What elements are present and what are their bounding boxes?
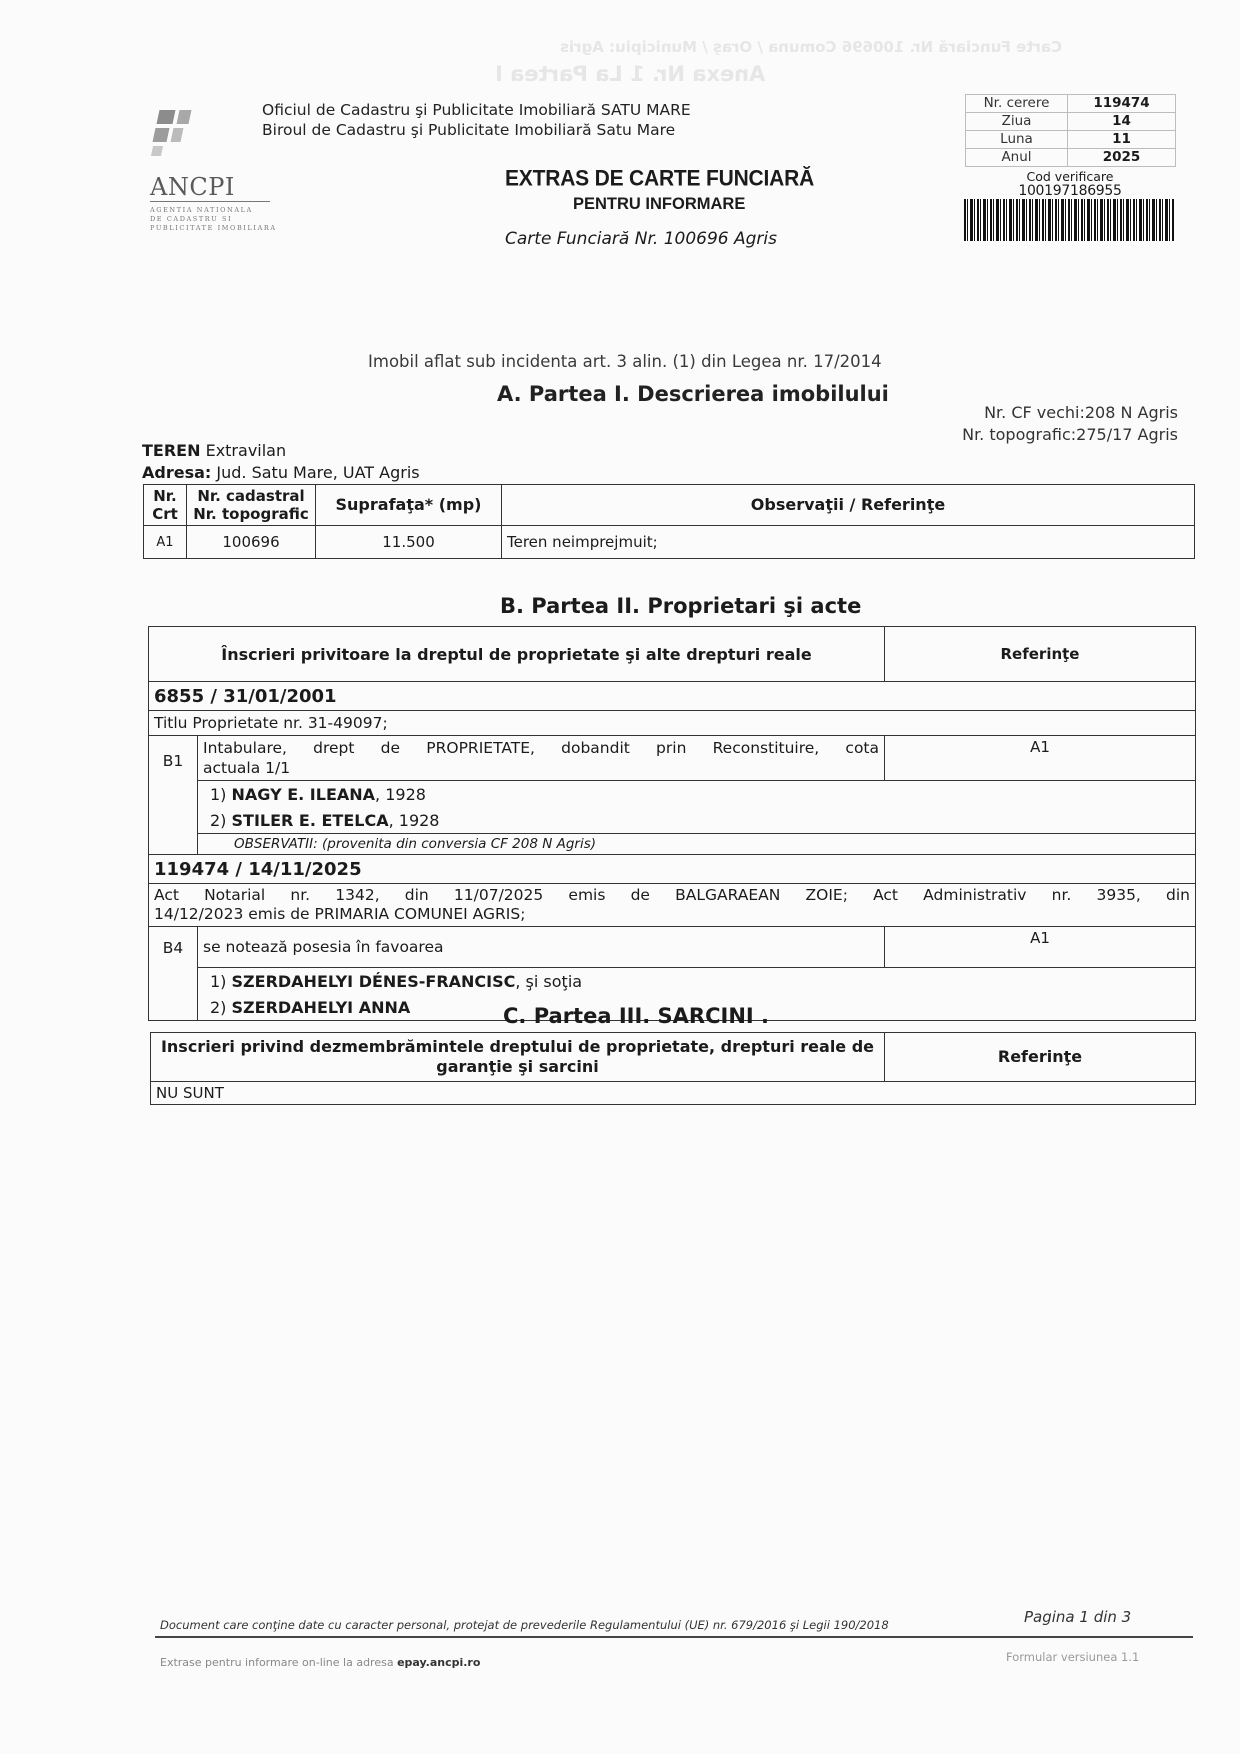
request-row: Anul2025 (966, 149, 1176, 167)
logo-wordmark: ANCPI (150, 173, 270, 202)
owner-extra: , 1928 (375, 785, 426, 804)
encumbrances-table: Inscrieri privind dezmembrămintele drept… (150, 1032, 1196, 1105)
table-header-row: Inscrieri privind dezmembrămintele drept… (151, 1033, 1196, 1082)
col-cadastral: Nr. cadastral Nr. topografic (187, 485, 316, 526)
entry-observatii: OBSERVATII: (provenita din conversia CF … (198, 834, 1196, 855)
col-observatii: Observaţii / Referinţe (502, 485, 1195, 526)
owner-extra: , şi soţia (515, 972, 582, 991)
cell-suprafata: 11.500 (316, 526, 502, 559)
verification-block: Cod verificare 100197186955 (965, 170, 1175, 198)
col-referinte: Referinţe (885, 1033, 1196, 1082)
encumbrances-value: NU SUNT (151, 1082, 1196, 1105)
office-block: Oficiul de Cadastru şi Publicitate Imobi… (262, 100, 691, 140)
owner-index: 1) (210, 785, 226, 804)
owner-name: NAGY E. ILEANA (232, 785, 376, 804)
request-row: Luna11 (966, 131, 1176, 149)
request-value: 2025 (1068, 149, 1176, 167)
office-name: Oficiul de Cadastru şi Publicitate Imobi… (262, 100, 691, 120)
cell-nr: A1 (144, 526, 187, 559)
col-nr-crt: Nr. Crt (144, 485, 187, 526)
entry-act: Titlu Proprietate nr. 31-49097; (149, 711, 1196, 736)
col-inscrieri: Inscrieri privind dezmembrămintele drept… (151, 1033, 885, 1082)
entry-act: Act Notarial nr. 1342, din 11/07/2025 em… (149, 884, 1196, 927)
owner-name: SZERDAHELYI DÉNES-FRANCISC (232, 972, 516, 991)
entry-act-line: 14/12/2023 emis de PRIMARIA COMUNEI AGRI… (154, 905, 1190, 924)
table-row: NU SUNT (151, 1082, 1196, 1105)
part-a-title: A. Partea I. Descrierea imobilului (497, 382, 889, 406)
entry-code: B1 (149, 736, 198, 855)
bleed-through-text: Carte Funciară Nr. 100696 Comuna / Oraş … (560, 38, 1062, 56)
land-table: Nr. Crt Nr. cadastral Nr. topografic Sup… (143, 484, 1195, 559)
logo-subtitle-3: PUBLICITATE IMOBILIARA (150, 224, 277, 232)
part-c-title: C. Partea III. SARCINI . (503, 1004, 769, 1028)
table-header-row: Înscrieri privitoare la dreptul de propr… (149, 627, 1196, 682)
owner-name: STILER E. ETELCA (232, 811, 389, 830)
topografic-number: Nr. topografic:275/17 Agris (962, 424, 1178, 446)
request-value: 14 (1068, 113, 1176, 131)
col-referinte: Referinţe (885, 627, 1196, 682)
request-value: 11 (1068, 131, 1176, 149)
request-label: Anul (966, 149, 1068, 167)
request-label: Luna (966, 131, 1068, 149)
owner-index: 2) (210, 811, 226, 830)
entry-text: se notează posesia în favoarea (198, 927, 885, 968)
address-value: Jud. Satu Mare, UAT Agris (216, 463, 419, 482)
owner-item: 2) STILER E. ETELCA, 1928 (198, 807, 1196, 834)
logo-subtitle-2: DE CADASTRU SI (150, 215, 232, 223)
law-note: Imobil aflat sub incidenta art. 3 alin. … (368, 352, 882, 371)
entry-code: B4 (149, 927, 198, 1021)
entry-date: 6855 / 31/01/2001 (149, 682, 1196, 711)
verification-label: Cod verificare (965, 170, 1175, 184)
document-subtitle: PENTRU INFORMARE (573, 195, 745, 214)
form-version: Formular versiunea 1.1 (1006, 1650, 1139, 1664)
request-row: Ziua14 (966, 113, 1176, 131)
request-value: 119474 (1068, 95, 1176, 113)
owner-extra: , 1928 (389, 811, 440, 830)
barcode-icon (964, 199, 1174, 241)
document-title: EXTRAS DE CARTE FUNCIARĂ (505, 166, 814, 191)
old-cf-number: Nr. CF vechi:208 N Agris (962, 402, 1178, 424)
request-info-table: Nr. cerere119474 Ziua14 Luna11 Anul2025 (965, 94, 1176, 167)
request-row: Nr. cerere119474 (966, 95, 1176, 113)
owner-item: 1) NAGY E. ILEANA, 1928 (198, 781, 1196, 808)
entry-ref: A1 (885, 736, 1196, 781)
land-info: TEREN Extravilan Adresa: Jud. Satu Mare,… (142, 440, 420, 484)
verification-code: 100197186955 (965, 184, 1175, 198)
table-header-row: Nr. Crt Nr. cadastral Nr. topografic Sup… (144, 485, 1195, 526)
owner-index: 2) (210, 998, 226, 1017)
cell-observatii: Teren neimprejmuit; (502, 526, 1195, 559)
part-b-title: B. Partea II. Proprietari şi acte (500, 594, 861, 618)
cell-cadastral: 100696 (187, 526, 316, 559)
old-cf-block: Nr. CF vechi:208 N Agris Nr. topografic:… (962, 402, 1178, 446)
entry-act-line: Act Notarial nr. 1342, din 11/07/2025 em… (154, 886, 1190, 905)
footer-divider (155, 1636, 1193, 1638)
bleed-through-heading: Anexa Nr. 1 La Partea I (495, 62, 765, 86)
owner-name: SZERDAHELYI ANNA (232, 998, 411, 1017)
col-inscrieri: Înscrieri privitoare la dreptul de propr… (149, 627, 885, 682)
owner-index: 1) (210, 972, 226, 991)
address-label: Adresa: (142, 463, 211, 482)
online-note: Extrase pentru informare on-line la adre… (160, 1656, 480, 1669)
owner-item: 1) SZERDAHELYI DÉNES-FRANCISC, şi soţia (198, 968, 1196, 995)
table-row: A1 100696 11.500 Teren neimprejmuit; (144, 526, 1195, 559)
owners-table: Înscrieri privitoare la dreptul de propr… (148, 626, 1196, 1021)
entry-text-line: Intabulare, drept de PROPRIETATE, doband… (203, 738, 879, 758)
request-label: Nr. cerere (966, 95, 1068, 113)
request-label: Ziua (966, 113, 1068, 131)
entry-date: 119474 / 14/11/2025 (149, 855, 1196, 884)
teren-value: Extravilan (206, 441, 287, 460)
bureau-name: Biroul de Cadastru şi Publicitate Imobil… (262, 120, 691, 140)
page-number: Pagina 1 din 3 (1024, 1608, 1131, 1626)
privacy-note: Document care conţine date cu caracter p… (160, 1618, 889, 1632)
teren-label: TEREN (142, 441, 200, 460)
entry-text: Intabulare, drept de PROPRIETATE, doband… (198, 736, 885, 781)
col-suprafata: Suprafaţa* (mp) (316, 485, 502, 526)
entry-ref: A1 (885, 927, 1196, 968)
logo-subtitle-1: AGENTIA NATIONALA (150, 206, 253, 214)
entry-text-line: actuala 1/1 (203, 758, 879, 778)
online-prefix: Extrase pentru informare on-line la adre… (160, 1656, 394, 1669)
online-site-link[interactable]: epay.ancpi.ro (397, 1656, 480, 1669)
cf-number: Carte Funciară Nr. 100696 Agris (505, 229, 777, 249)
